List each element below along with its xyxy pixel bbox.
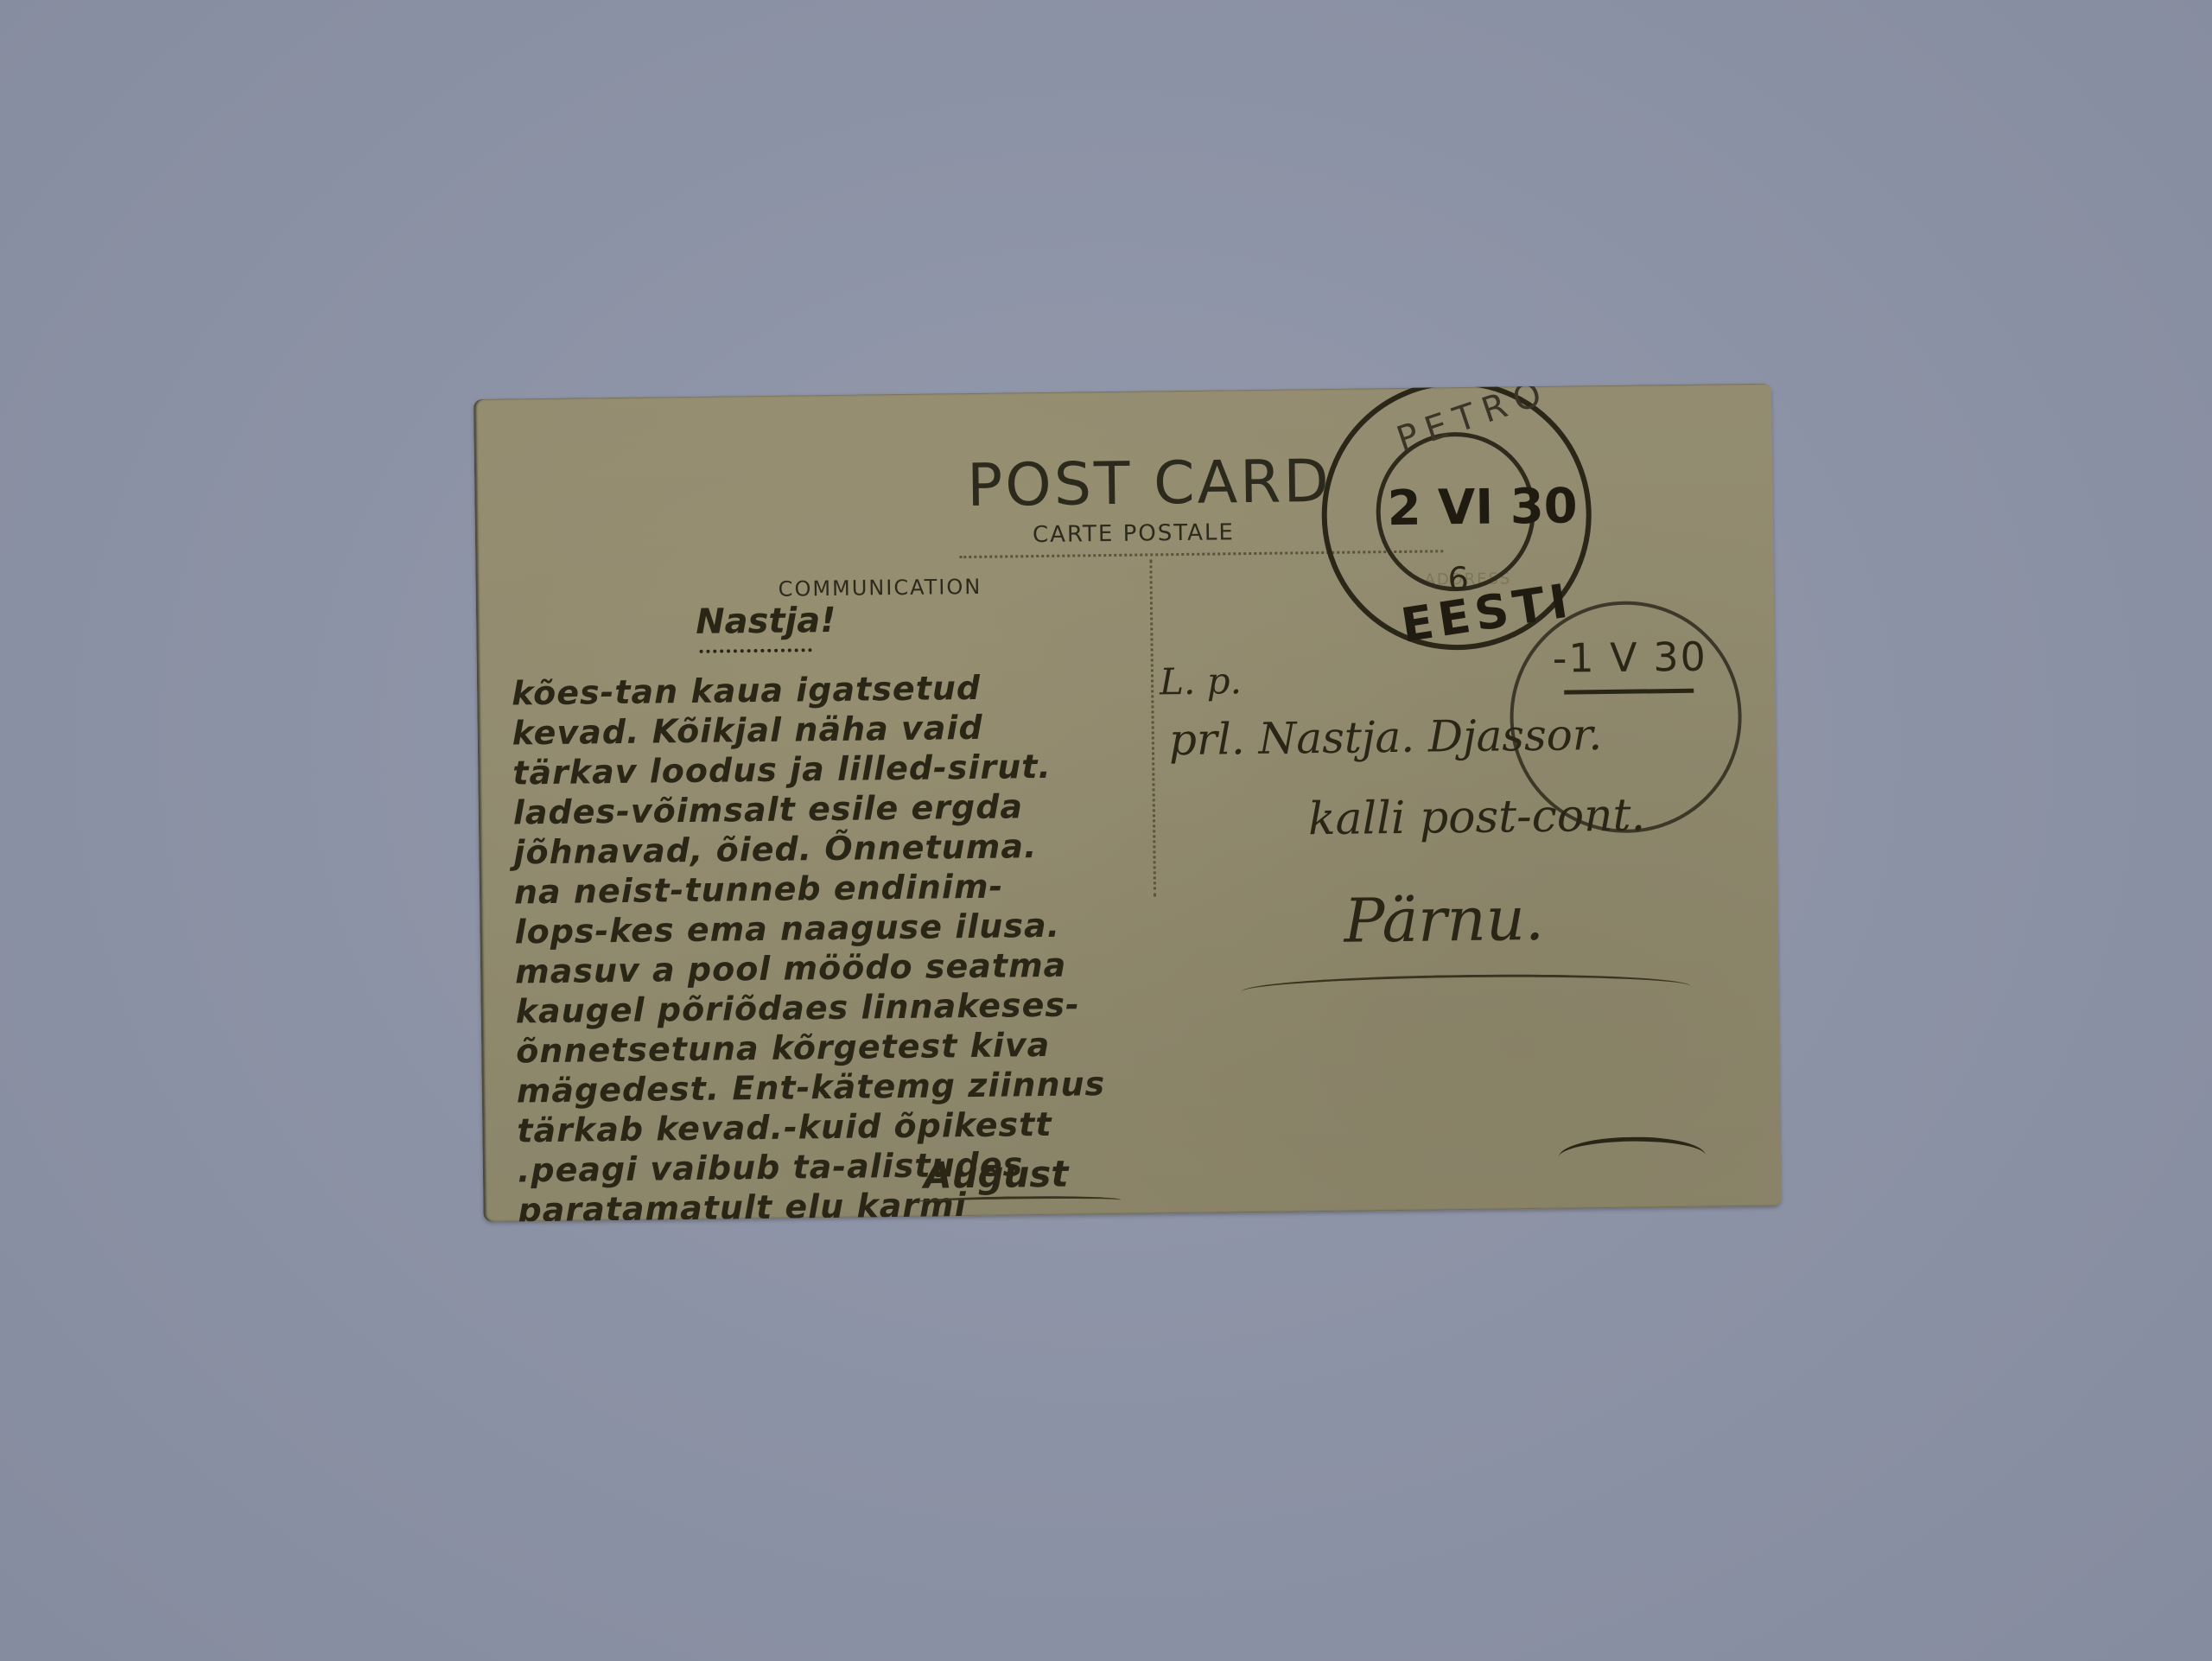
address-city: Pärnu. [1344,883,1545,957]
message-line: kevad. Kõikjal näha vaid [512,706,1101,753]
communication-label: COMMUNICATION [779,575,982,601]
signature: August [924,1153,1069,1197]
message-line: na neist-tunneb endinim- [514,865,1103,912]
message-line: tärkab kevad.-kuid õpikestt [517,1104,1106,1150]
message-line: tärkav loodus ja lilled-sirut. [512,746,1102,792]
postmark-date: 2 VI 30 [1387,478,1578,537]
postcard-title: POST CARD [967,448,1332,520]
salutation-underline [700,648,812,653]
salutation: Nastja! [696,601,836,642]
address-prefix: L. p. [1160,659,1242,703]
second-postmark-date: -1 V 30 [1552,633,1707,682]
ink-mark [1559,1136,1707,1177]
message-line: kaugel põriõdaes linnakeses- [515,984,1104,1031]
postcard-subtitle: CARTE POSTALE [1033,519,1235,548]
center-divider [1149,559,1156,896]
message-line: õnnetsetuna kõrgetest kiva [516,1024,1105,1071]
message-line: mägedest. Ent-kätemg ziinnus [517,1064,1106,1111]
message-line: masuv a pool möödo seatma [515,945,1104,991]
message-body: kões-tan kaua igatsetud kevad. Kõikjal n… [512,666,1108,1222]
postcard: POST CARD CARTE POSTALE COMMUNICATION AD… [474,384,1782,1222]
message-line: kões-tan kaua igatsetud [512,666,1101,713]
message-line: lops-kes ema naaguse ilusa. [514,905,1103,951]
message-line: lades-võimsalt esile ergda [513,786,1103,832]
message-line: jõhnavad, õied. Õnnetuma. [513,825,1103,872]
city-underline-flourish [1241,972,1690,1006]
